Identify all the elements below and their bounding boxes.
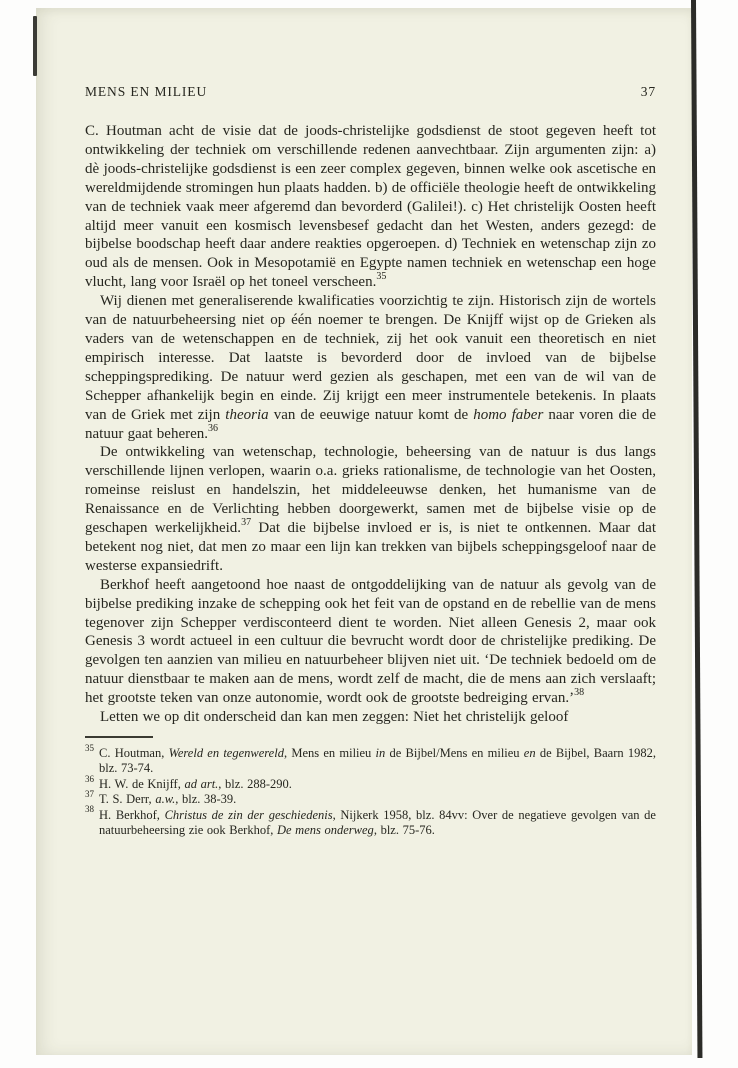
paragraph: De ontwikkeling van wetenschap, technolo… [85,443,656,575]
running-title: MENS EN MILIEU [85,84,207,100]
footnotes: 35C. Houtman, Wereld en tegenwereld, Men… [85,746,656,838]
paragraph: Wij dienen met generaliserende kwalifica… [85,292,656,443]
book-page: MENS EN MILIEU 37 C. Houtman acht de vis… [36,8,692,1055]
scanned-page: MENS EN MILIEU 37 C. Houtman acht de vis… [0,0,738,1068]
footnote-number: 36 [85,774,94,784]
footnote: 37T. S. Derr, a.w., blz. 38-39. [85,792,656,807]
italic-text: a.w. [155,792,175,806]
italic-text: ad art. [184,777,218,791]
italic-text: De mens onderweg [277,823,374,837]
body-text: C. Houtman acht de visie dat de joods-ch… [85,122,656,838]
italic-text: theoria [225,407,268,423]
footnote-reference: 35 [376,271,386,282]
footnote-number: 38 [85,804,94,814]
paragraphs: C. Houtman acht de visie dat de joods-ch… [85,122,656,727]
italic-text: Christus de zin der geschiedenis [165,808,333,822]
page-number: 37 [641,84,656,100]
italic-text: Wereld en tegenwereld [169,746,284,760]
footnote: 36H. W. de Knijff, ad art., blz. 288-290… [85,777,656,792]
italic-text: homo faber [473,407,543,423]
italic-text: en [524,746,536,760]
page-edge-line [691,0,702,1058]
footnote: 35C. Houtman, Wereld en tegenwereld, Men… [85,746,656,777]
footnote-reference: 38 [574,687,584,698]
footnote-number: 35 [85,743,94,753]
footnote-separator-rule [85,736,153,738]
page-header: MENS EN MILIEU 37 [85,84,656,100]
footnote-reference: 37 [241,517,251,528]
paragraph: Berkhof heeft aangetoond hoe naast de on… [85,576,656,708]
paragraph: C. Houtman acht de visie dat de joods-ch… [85,122,656,292]
footnote-reference: 36 [208,423,218,434]
scan-artifact-mark [33,16,37,76]
italic-text: in [376,746,386,760]
paragraph: Letten we op dit onderscheid dan kan men… [85,708,656,727]
footnote-number: 37 [85,789,94,799]
footnote: 38H. Berkhof, Christus de zin der geschi… [85,808,656,839]
